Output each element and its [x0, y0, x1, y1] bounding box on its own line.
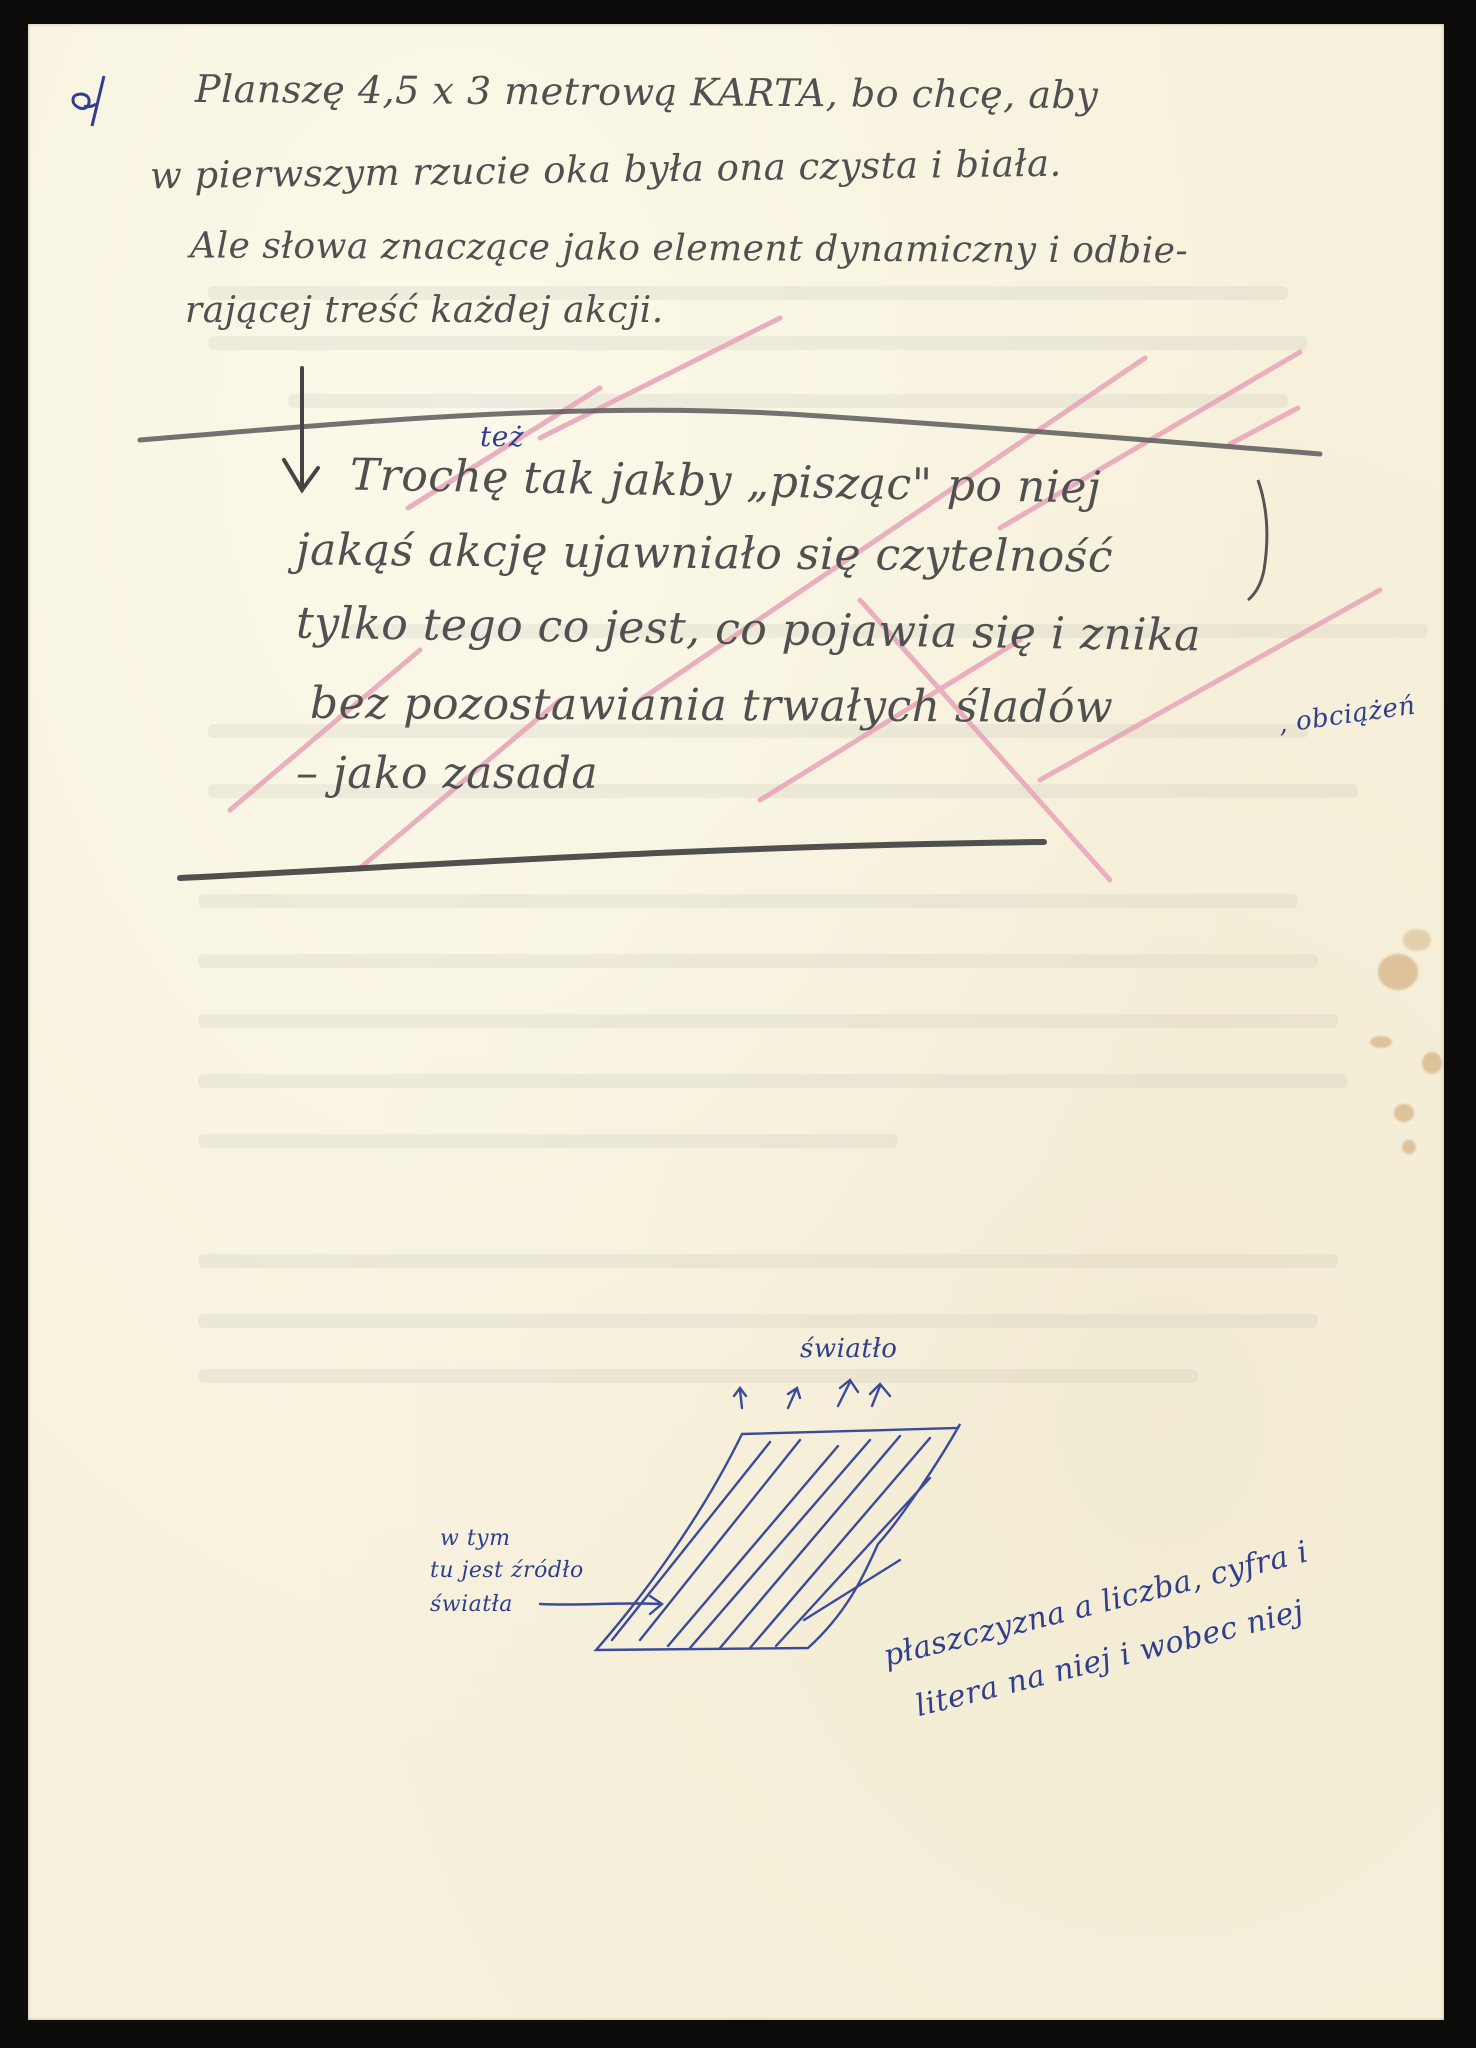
scanned-page: Planszę 4,5 x 3 metrową KARTA, bo chcę, … [0, 0, 1476, 2048]
bleed-through-line [288, 394, 1288, 408]
paper-stain [1402, 1140, 1416, 1154]
bleed-through-line [198, 1254, 1338, 1268]
sketch-label-source-1: w tym [440, 1526, 510, 1551]
bleed-through-line [198, 1314, 1318, 1328]
paragraph-1-line-4: rającej treść każdej akcji. [185, 290, 664, 331]
bleed-through-line [198, 1369, 1198, 1383]
paragraph-2-line-2: jakąś akcję ujawniało się czytelność [296, 524, 1113, 582]
bleed-through-line [198, 1074, 1348, 1088]
sketch-label-light: światło [800, 1334, 897, 1364]
paragraph-1-line-1: Planszę 4,5 x 3 metrową KARTA, bo chcę, … [195, 67, 1099, 117]
paragraph-2-line-5: – jako zasada [296, 748, 598, 799]
sketch-label-source-2: tu jest źródło [430, 1558, 584, 1583]
paragraph-1-line-3: Ale słowa znaczące jako element dynamicz… [190, 225, 1188, 271]
bleed-through-line [198, 1134, 898, 1148]
bleed-through-line [198, 894, 1298, 908]
paper-stain [1403, 929, 1431, 951]
bleed-through-line [208, 336, 1308, 350]
paper-stain [1394, 1104, 1414, 1122]
paragraph-2-line-4: bez pozostawiania trwałych śladów [310, 678, 1113, 733]
paper-stain [1370, 1036, 1392, 1048]
bleed-through-line [198, 954, 1318, 968]
sketch-label-source-3: światła [430, 1592, 513, 1617]
paper-stain [1422, 1052, 1442, 1074]
insertion-tez: też [480, 420, 524, 453]
bleed-through-line [198, 1014, 1338, 1028]
paper-stain [1378, 954, 1418, 990]
